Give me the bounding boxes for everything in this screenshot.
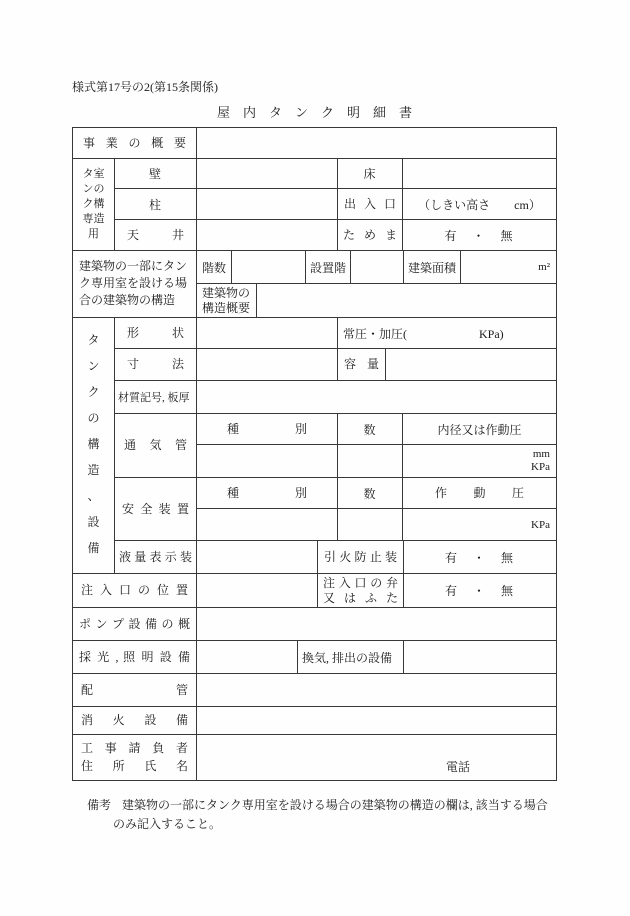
business-overview-field (196, 127, 557, 159)
inlet-valve-label: 注入口の弁 又 は ふ た (317, 573, 404, 608)
wall-field (196, 158, 338, 189)
capacity-label: 容 量 (337, 348, 386, 381)
piping-label: 配 管 (72, 673, 197, 707)
pump-equipment-field (196, 607, 557, 641)
phone-label: 電話 (446, 758, 470, 775)
install-floor-field (350, 250, 404, 284)
form-page: 様式第17号の2(第15条関係) 屋 内 タ ン ク 明 細 書 事 業 の 概… (0, 0, 630, 916)
contractor-label: 工 事 請 負 者 住 所 氏 名 (72, 734, 197, 781)
pillar-label: 柱 (114, 188, 197, 220)
inlet-valve-yes-no: 有 ・ 無 (403, 573, 557, 608)
vent-count-field (337, 444, 403, 478)
remarks-text-line1: 建築物の一部にタンク専用室を設ける場合の建築物の構造の欄は, 該当する場合 (122, 796, 548, 815)
shape-label: 形 状 (114, 317, 197, 349)
ventilation-field (403, 640, 557, 674)
page-title: 屋 内 タ ン ク 明 細 書 (72, 102, 557, 121)
remarks-heading: 備考 (87, 796, 111, 815)
pressure-type-label: 常圧・加圧( KPa) (337, 317, 557, 349)
sump-label: た め ま す (337, 219, 403, 251)
pump-equipment-label: ポ ン プ 設 備 の 概 要 (72, 607, 197, 641)
safety-pressure-header: 作 動 圧 (402, 477, 557, 509)
tank-room-structure-vertical-label: タ室 ンの ク構 専造 用 (72, 158, 115, 251)
piping-field (196, 673, 557, 707)
safety-type-field (196, 508, 338, 541)
capacity-field (385, 348, 557, 381)
floors-field (231, 250, 306, 284)
form-number: 様式第17号の2(第15条関係) (72, 78, 218, 95)
flame-arrester-label: 引 火 防 止 装 置 (317, 540, 404, 574)
vent-diameter-header: 内径又は作動圧 (402, 413, 557, 445)
safety-type-header: 種 別 (196, 477, 338, 509)
safety-count-field (337, 508, 403, 541)
material-label: 材質記号, 板厚 (114, 380, 197, 414)
doorway-threshold-value: （しきい高さ cm） (402, 188, 557, 220)
material-field (196, 380, 557, 414)
floor-field (402, 158, 557, 189)
lighting-label: 採 光 , 照 明 設 備 (72, 640, 197, 674)
remarks-text-line2: のみ記入すること。 (113, 815, 567, 834)
vent-type-header: 種 別 (196, 413, 338, 445)
fire-equipment-field (196, 706, 557, 735)
vent-type-field (196, 444, 338, 478)
business-overview-label: 事 業 の 概 要 (72, 127, 197, 159)
flame-arrester-yes-no: 有 ・ 無 (403, 540, 557, 574)
pillar-field (196, 188, 338, 220)
building-outline-label: 建築物の 構造概要 (196, 283, 257, 318)
shape-field (196, 317, 338, 349)
ceiling-field (196, 219, 338, 251)
level-gauge-field (196, 540, 318, 574)
remarks-note: 備考 建築物の一部にタンク専用室を設ける場合の建築物の構造の欄は, 該当する場合… (87, 796, 567, 834)
vent-diameter-units: mm KPa (402, 444, 557, 478)
ceiling-label: 天 井 (114, 219, 197, 251)
lighting-field (196, 640, 298, 674)
sump-yes-no-value: 有 ・ 無 (402, 219, 557, 251)
install-floor-label: 設置階 (305, 250, 351, 284)
building-structure-label: 建築物の一部にタン ク専用室を設ける場 合の建築物の構造 (72, 250, 197, 318)
building-area-label: 建築面積 (403, 250, 461, 284)
vent-count-header: 数 (337, 413, 403, 445)
safety-count-header: 数 (337, 477, 403, 509)
doorway-label: 出 入 口 (337, 188, 403, 220)
tank-structure-vertical-label: タ ン ク の 構 造 、 設 備 (72, 317, 115, 574)
safety-pressure-unit: KPa (402, 508, 557, 541)
inlet-position-field (196, 573, 318, 608)
wall-label: 壁 (114, 158, 197, 189)
inlet-position-label: 注 入 口 の 位 置 (72, 573, 197, 608)
floors-label: 階数 (196, 250, 232, 284)
dimension-label: 寸 法 (114, 348, 197, 381)
building-outline-field (256, 283, 557, 318)
contractor-field: 電話 (196, 734, 557, 781)
vent-pipe-label: 通 気 管 (114, 413, 197, 478)
level-gauge-label: 液 量 表 示 装 置 (114, 540, 197, 574)
ventilation-label: 換気, 排出の設備 (297, 640, 404, 674)
dimension-field (196, 348, 338, 381)
floor-label: 床 (337, 158, 403, 189)
fire-equipment-label: 消 火 設 備 (72, 706, 197, 735)
safety-device-label: 安 全 装 置 (114, 477, 197, 541)
building-area-unit: m² (460, 250, 557, 284)
